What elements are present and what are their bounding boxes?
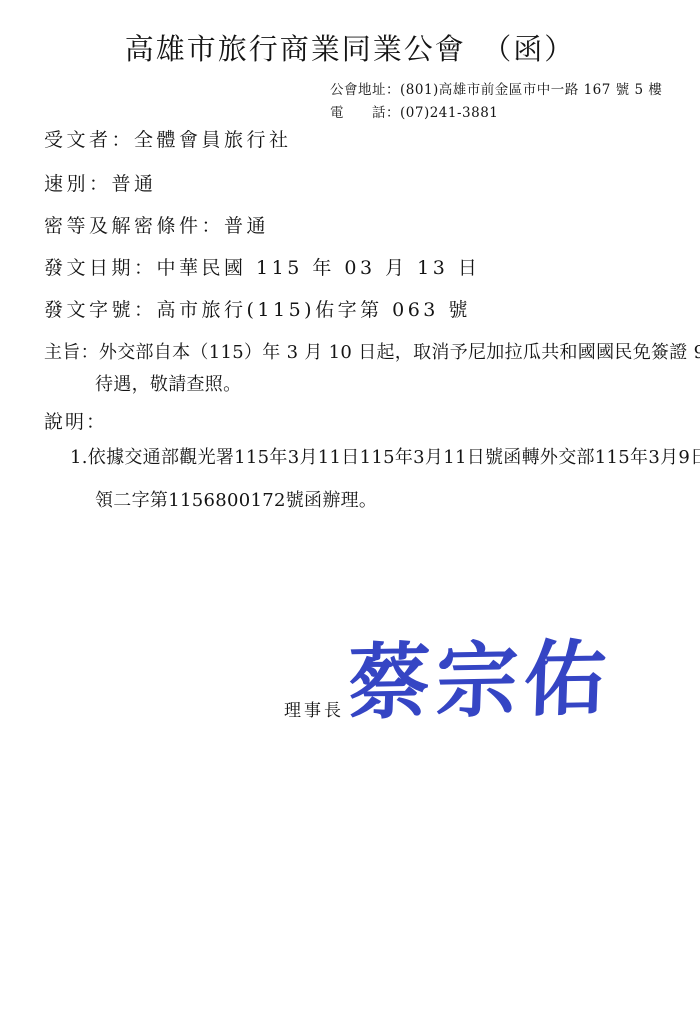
- explanation-item-line-1: 1.依據交通部觀光署115年3月11日115年3月11日號函轉外交部115年3月…: [70, 443, 700, 469]
- recipient-field: 受文者：全體會員旅行社: [44, 125, 292, 152]
- official-letter-page: 高雄市旅行商業同業公會 （函） 公會地址：(801)高雄市前金區市中一路 167…: [0, 0, 700, 1024]
- association-contact-block: 公會地址：(801)高雄市前金區市中一路 167 號 5 樓 電 話：(07)2…: [330, 79, 662, 125]
- association-phone: 電 話：(07)241-3881: [330, 102, 662, 125]
- priority-field: 速別：普通: [44, 169, 157, 196]
- classification-field: 密等及解密條件：普通: [44, 211, 269, 238]
- document-title: 高雄市旅行商業同業公會 （函）: [0, 27, 700, 68]
- reference-number-field: 發文字號：高市旅行(115)佑字第 063 號: [44, 295, 471, 322]
- issue-date-field: 發文日期：中華民國 115 年 03 月 13 日: [44, 253, 480, 280]
- subject-line-1: 主旨：外交部自本（115）年 3 月 10 日起，取消予尼加拉瓜共和國國民免簽證…: [44, 338, 700, 364]
- chairman-title-label: 理事長: [284, 696, 344, 721]
- explanation-heading: 說明：: [44, 407, 107, 434]
- explanation-item-line-2: 領二字第1156800172號函辦理。: [95, 486, 377, 512]
- association-address: 公會地址：(801)高雄市前金區市中一路 167 號 5 樓: [330, 79, 662, 102]
- chairman-signature: 蔡宗佑: [346, 630, 614, 733]
- subject-line-2: 待遇，敬請查照。: [95, 370, 241, 396]
